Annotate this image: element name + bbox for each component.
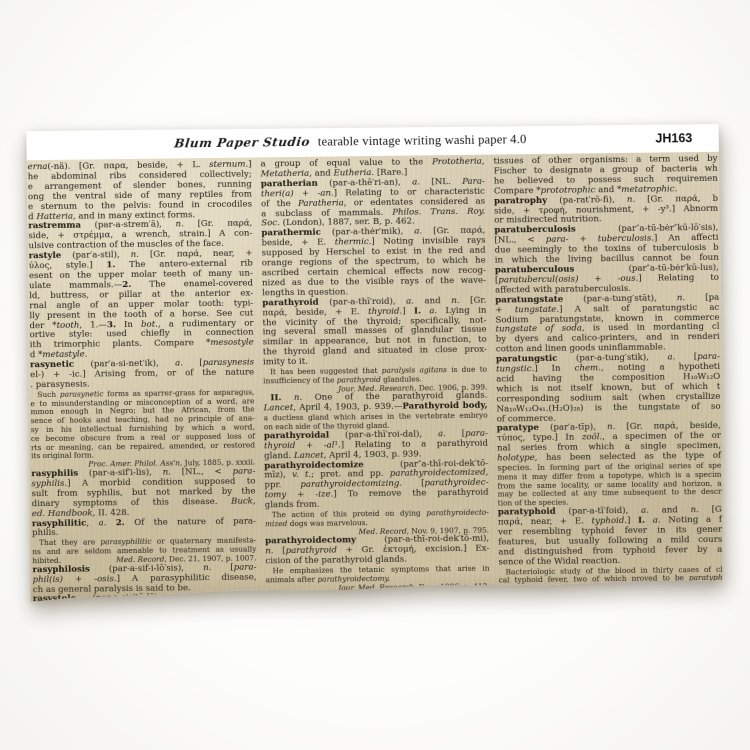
product-code: JH163 <box>655 131 692 145</box>
text-line: paratoluidine (par″a-tō-lū′i-din), n. [p… <box>266 591 490 604</box>
text-line: rasystole (par-a-sis′tō-lē), n. [Gr. παρ… <box>33 593 257 604</box>
product-title: tearable vintage writing washi paper 4.0 <box>318 132 527 150</box>
paper-sheet: Blum Paper Studio tearable vintage writi… <box>25 123 725 604</box>
brand-logo: Blum Paper Studio <box>173 135 310 151</box>
dictionary-paper: erna(-nä). [Gr. παρα, beside, + L. stern… <box>25 152 724 604</box>
text-column-1: erna(-nä). [Gr. παρα, beside, + L. stern… <box>28 160 257 604</box>
washi-paper-product: Blum Paper Studio tearable vintage writi… <box>25 123 725 604</box>
brand-title-group: Blum Paper Studio tearable vintage writi… <box>174 132 526 151</box>
product-photo: Blum Paper Studio tearable vintage writi… <box>0 0 750 750</box>
text-column-2: a group of equal value to the Prototheri… <box>261 158 490 602</box>
text-line: and one doubtful.Med. Record, May 2, 190… <box>499 583 723 595</box>
text-column-3: tissues of other organisms: a term used … <box>493 155 722 599</box>
